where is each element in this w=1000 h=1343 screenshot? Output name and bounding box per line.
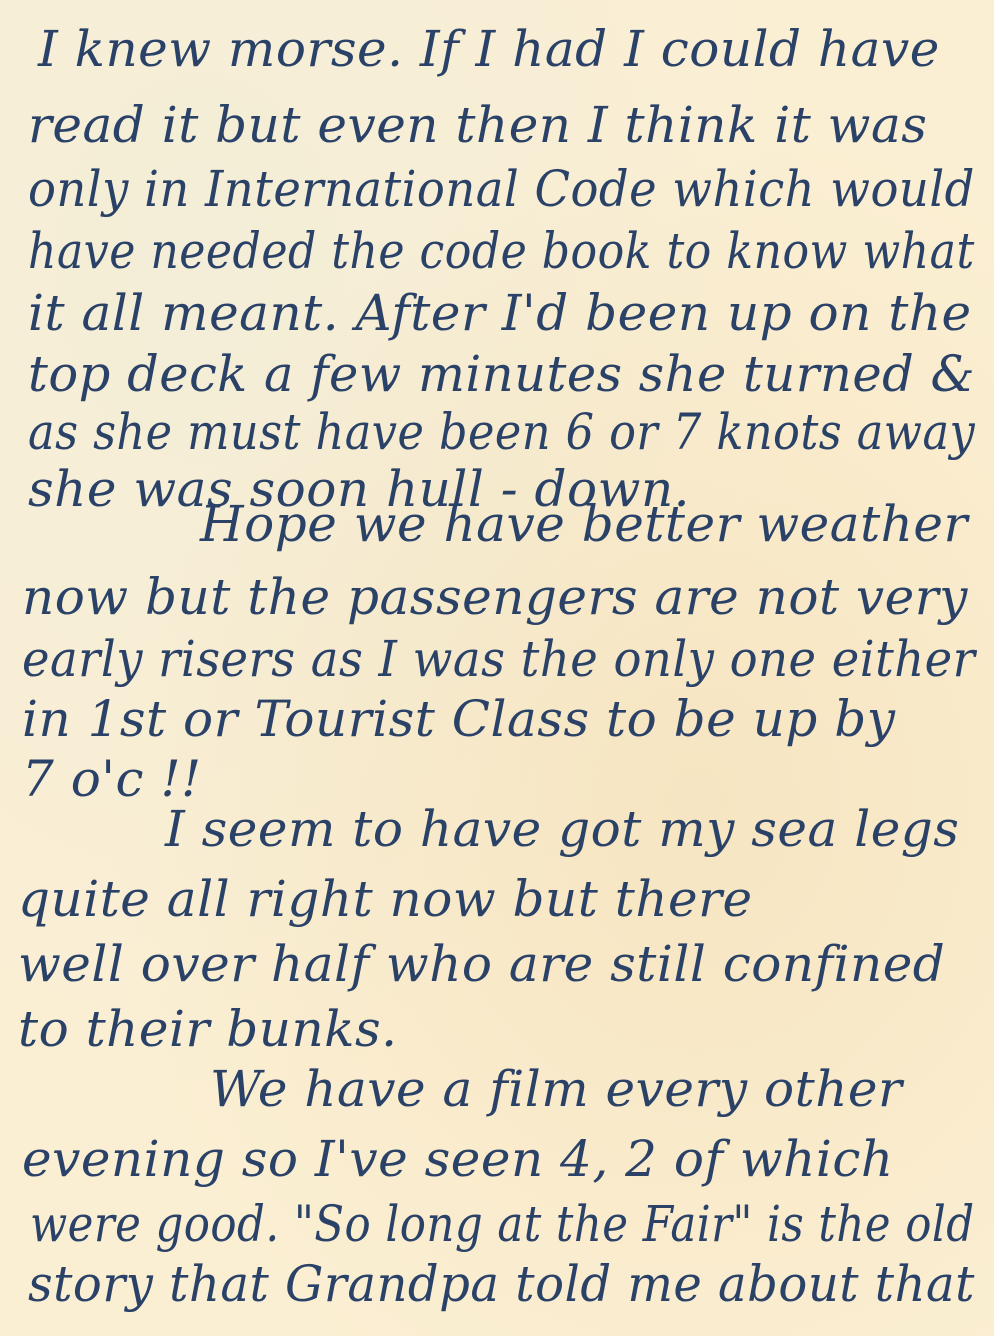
text-line: it all meant. After I'd been up on the — [28, 284, 972, 342]
text-line: quite all right now but there — [18, 870, 753, 928]
text-line: were good. "So long at the Fair" is the … — [30, 1195, 974, 1253]
text-line: now but the passengers are not very — [22, 568, 968, 626]
text-line: I knew morse. If I had I could have — [38, 20, 940, 78]
text-line: We have a film every other — [210, 1060, 902, 1118]
text-line: I seem to have got my sea legs — [165, 800, 959, 858]
text-line: evening so I've seen 4, 2 of which — [22, 1130, 894, 1188]
text-line: top deck a few minutes she turned & — [28, 345, 975, 403]
text-line: in 1st or Tourist Class to be up by — [22, 690, 895, 748]
text-line: only in International Code which would — [28, 160, 975, 218]
text-line: Hope we have better weather — [200, 495, 968, 553]
text-line: well over half who are still confined — [18, 935, 945, 993]
text-line: to their bunks. — [18, 1000, 398, 1058]
text-line: read it but even then I think it was — [28, 96, 927, 154]
text-line: story that Grandpa told me about that — [28, 1255, 975, 1313]
text-line: as she must have been 6 or 7 knots away — [28, 403, 975, 461]
text-line: early risers as I was the only one eithe… — [22, 630, 975, 688]
text-line: have needed the code book to know what — [28, 222, 975, 280]
letter-page: I knew morse. If I had I could have read… — [0, 0, 994, 1336]
